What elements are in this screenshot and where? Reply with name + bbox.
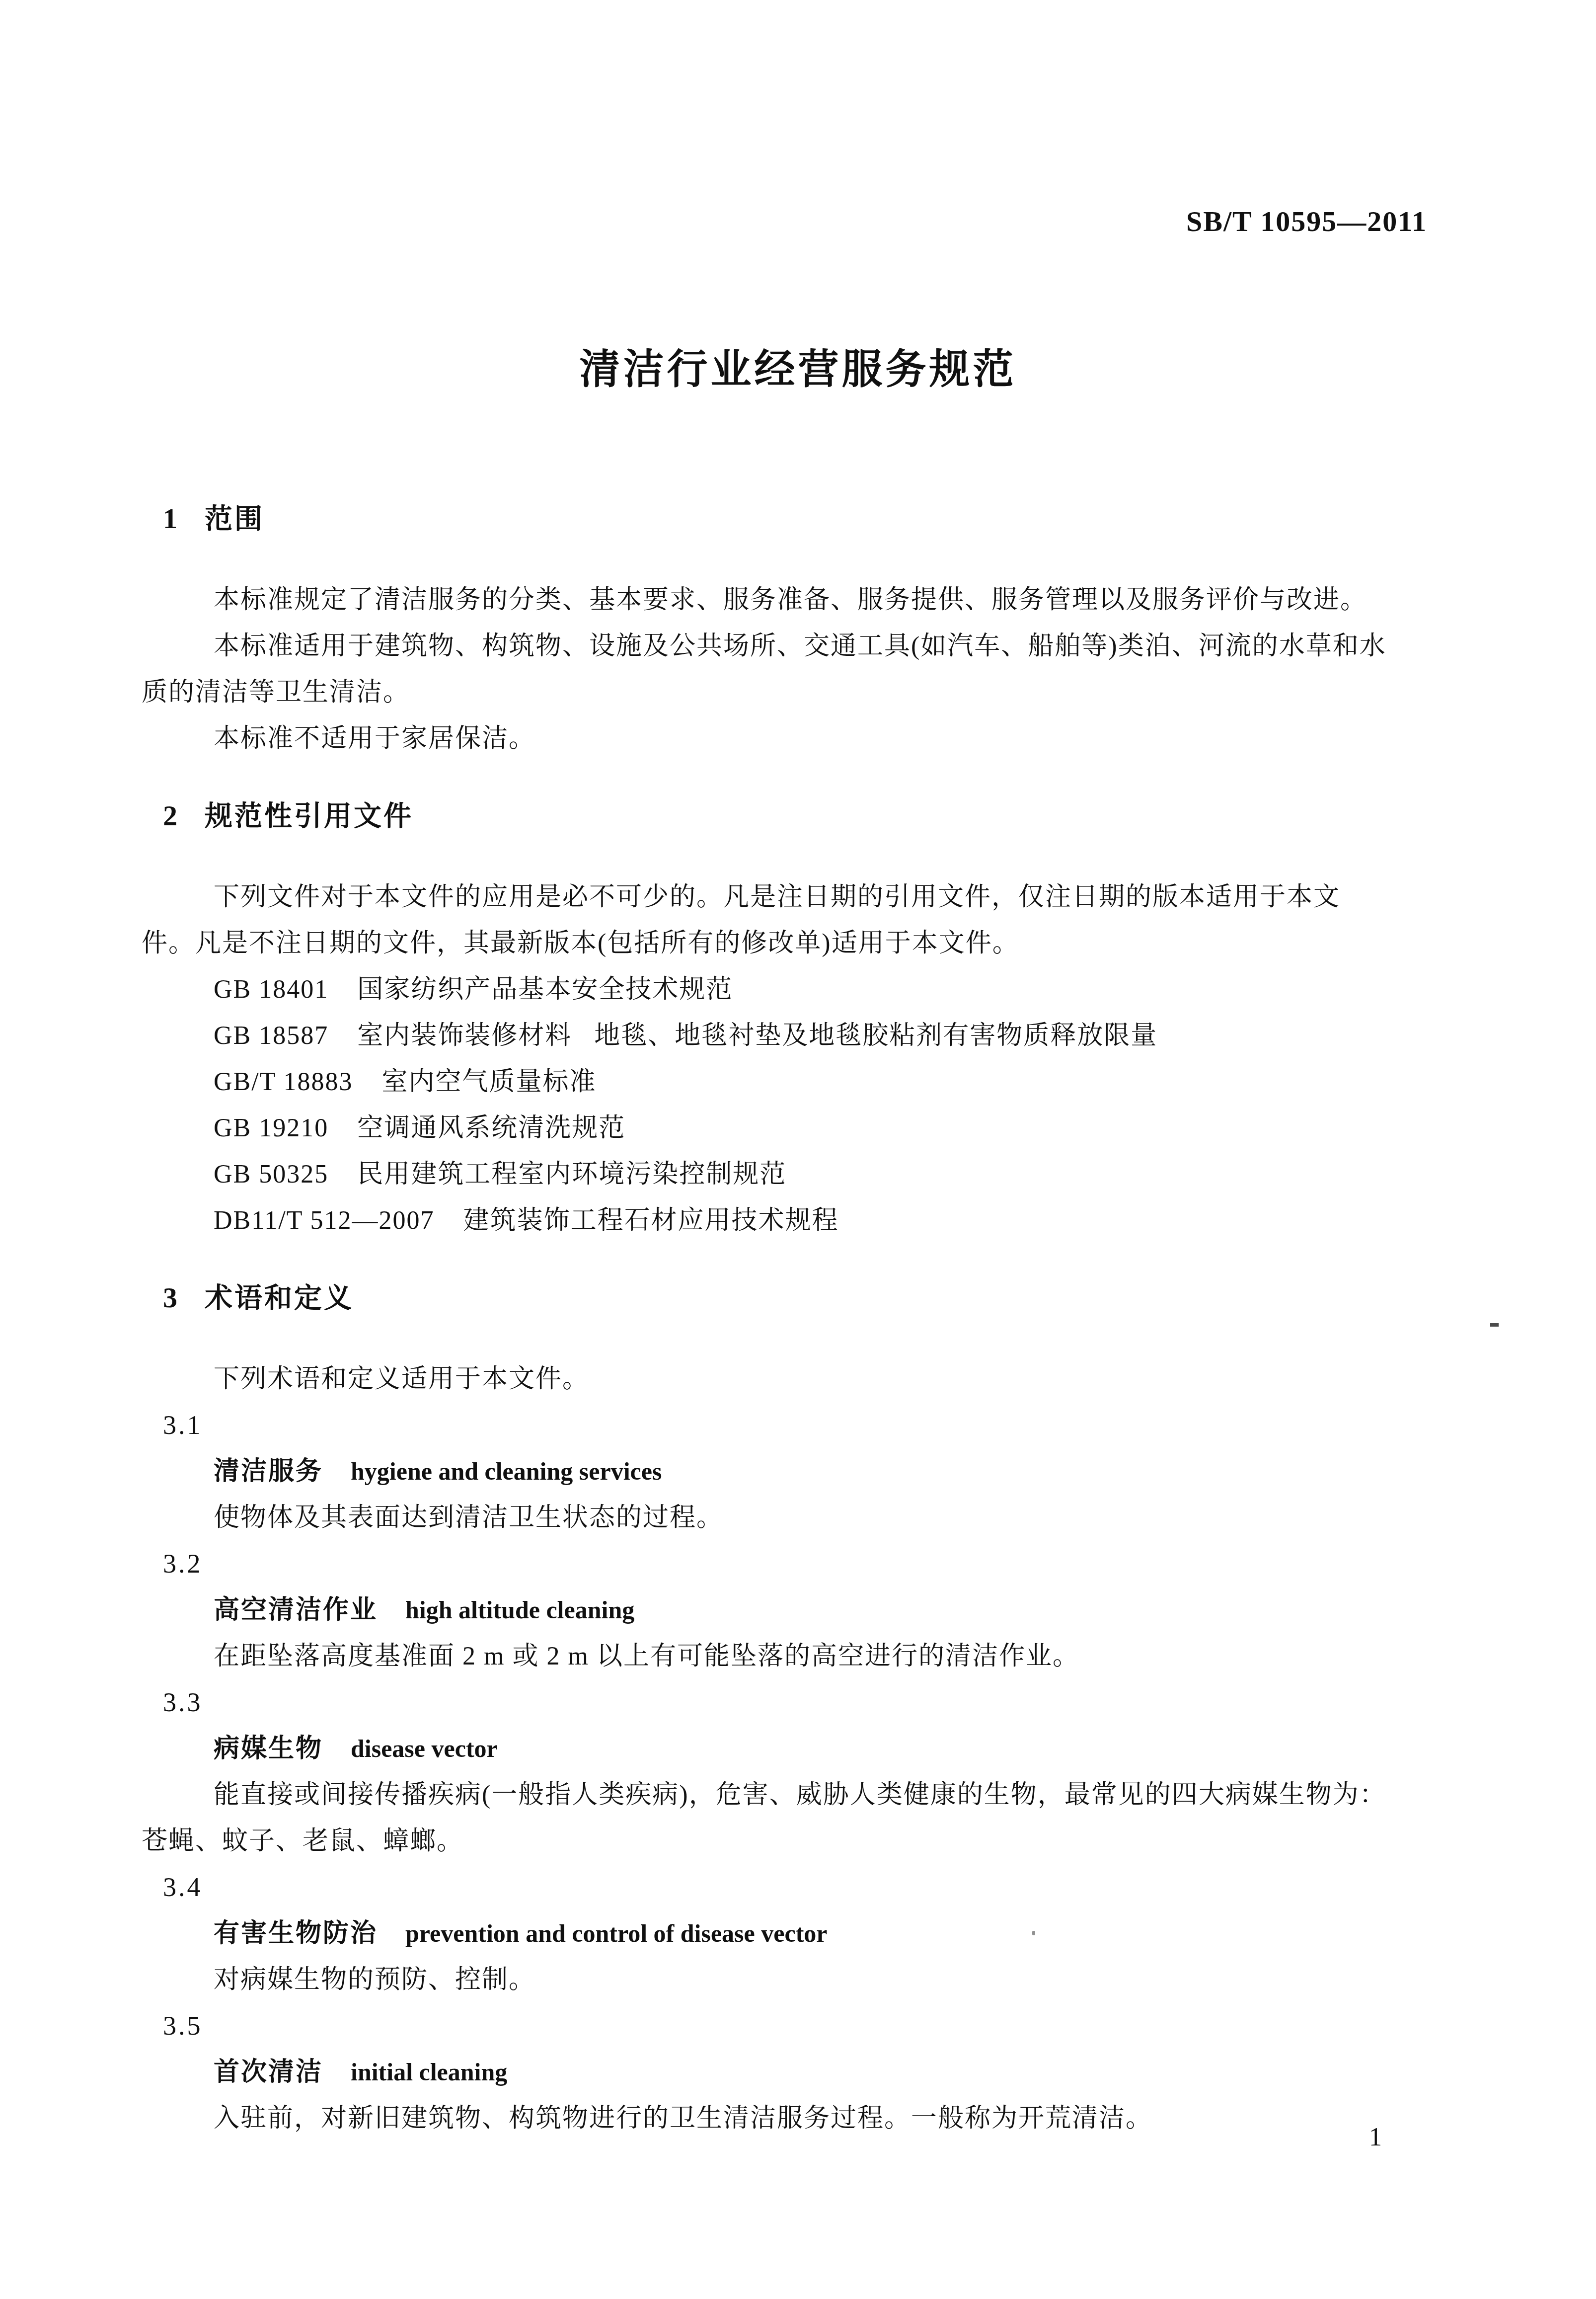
body-line: 下列文件对于本文件的应用是必不可少的。凡是注日期的引用文件，仅注日期的版本适用于… xyxy=(214,874,1596,920)
term-english: disease vector xyxy=(351,1735,498,1762)
reference-line: GB 50325民用建筑工程室内环境污染控制规范 xyxy=(214,1151,1596,1197)
term-chinese: 首次清洁 xyxy=(214,2058,323,2086)
body-line: 质的清洁等卫生清洁。 xyxy=(142,669,1596,715)
reference-line: GB 19210空调通风系统清洗规范 xyxy=(214,1105,1596,1151)
reference-code: GB 19210 xyxy=(214,1114,328,1142)
reference-title: 空调通风系统清洗规范 xyxy=(357,1114,625,1142)
body-line: 能直接或间接传播疾病(一般指人类疾病)，危害、威胁人类健康的生物，最常见的四大病… xyxy=(214,1772,1596,1818)
body-line: 本标准不适用于家居保洁。 xyxy=(214,715,1596,762)
term-line: 高空清洁作业high altitude cleaning xyxy=(214,1587,1596,1633)
reference-title: 建筑装饰工程石材应用技术规程 xyxy=(463,1206,839,1235)
section-number: 2 xyxy=(163,796,205,835)
reference-title: 室内空气质量标准 xyxy=(382,1068,597,1096)
section-title: 术语和定义 xyxy=(205,1282,354,1313)
term-number: 3.2 xyxy=(163,1541,1596,1587)
scan-artifact-speck xyxy=(1032,1931,1035,1935)
body-line: 本标准适用于建筑物、构筑物、设施及公共场所、交通工具(如汽车、船舶等)类泊、河流… xyxy=(214,623,1596,669)
body-line: 入驻前，对新旧建筑物、构筑物进行的卫生清洁服务过程。一般称为开荒清洁。 xyxy=(214,2095,1596,2141)
scan-artifact-dash xyxy=(1490,1323,1499,1327)
body-line: 在距坠落高度基准面 2 m 或 2 m 以上有可能坠落的高空进行的清洁作业。 xyxy=(214,1633,1596,1679)
section-heading: 2规范性引用文件 xyxy=(163,796,1596,835)
reference-code: GB 18401 xyxy=(214,975,328,1004)
term-chinese: 清洁服务 xyxy=(214,1457,323,1486)
term-chinese: 有害生物防治 xyxy=(214,1919,378,1948)
reference-code: GB/T 18883 xyxy=(214,1068,353,1096)
section-title: 范围 xyxy=(205,503,264,534)
term-chinese: 高空清洁作业 xyxy=(214,1595,378,1624)
page-number: 1 xyxy=(1369,2123,1382,2152)
term-english: high altitude cleaning xyxy=(405,1596,634,1624)
document-page: SB/T 10595—2011 清洁行业经营服务规范 1范围本标准规定了清洁服务… xyxy=(0,0,1596,2299)
body-line: 本标准规定了清洁服务的分类、基本要求、服务准备、服务提供、服务管理以及服务评价与… xyxy=(214,577,1596,623)
reference-line: GB 18587室内装饰装修材料 地毯、地毯衬垫及地毯胶粘剂有害物质释放限量 xyxy=(214,1013,1596,1059)
term-number: 3.3 xyxy=(163,1679,1596,1726)
body-line: 件。凡是不注日期的文件，其最新版本(包括所有的修改单)适用于本文件。 xyxy=(142,920,1596,966)
body-line: 下列术语和定义适用于本文件。 xyxy=(214,1356,1596,1402)
section-number: 3 xyxy=(163,1278,205,1317)
term-number: 3.4 xyxy=(163,1864,1596,1910)
section-heading: 3术语和定义 xyxy=(163,1278,1596,1317)
section-title: 规范性引用文件 xyxy=(205,800,413,831)
term-line: 清洁服务hygiene and cleaning services xyxy=(214,1448,1596,1495)
document-body: 1范围本标准规定了清洁服务的分类、基本要求、服务准备、服务提供、服务管理以及服务… xyxy=(0,0,1596,2141)
section-number: 1 xyxy=(163,499,205,538)
reference-line: DB11/T 512—2007建筑装饰工程石材应用技术规程 xyxy=(214,1197,1596,1244)
term-english: initial cleaning xyxy=(351,2058,507,2086)
reference-title: 室内装饰装修材料 地毯、地毯衬垫及地毯胶粘剂有害物质释放限量 xyxy=(357,1022,1157,1050)
term-english: prevention and control of disease vector xyxy=(405,1919,827,1947)
body-line: 使物体及其表面达到清洁卫生状态的过程。 xyxy=(214,1495,1596,1541)
reference-line: GB 18401国家纺织产品基本安全技术规范 xyxy=(214,966,1596,1013)
reference-title: 民用建筑工程室内环境污染控制规范 xyxy=(357,1160,786,1189)
section-heading: 1范围 xyxy=(163,499,1596,538)
term-chinese: 病媒生物 xyxy=(214,1734,323,1763)
reference-title: 国家纺织产品基本安全技术规范 xyxy=(357,975,733,1004)
term-number: 3.1 xyxy=(163,1402,1596,1448)
term-line: 首次清洁initial cleaning xyxy=(214,2049,1596,2095)
reference-code: DB11/T 512—2007 xyxy=(214,1206,435,1235)
term-number: 3.5 xyxy=(163,2003,1596,2049)
term-line: 有害生物防治prevention and control of disease … xyxy=(214,1910,1596,1957)
body-line: 苍蝇、蚊子、老鼠、蟑螂。 xyxy=(142,1818,1596,1864)
reference-code: GB 18587 xyxy=(214,1022,328,1050)
reference-code: GB 50325 xyxy=(214,1160,328,1189)
reference-line: GB/T 18883室内空气质量标准 xyxy=(214,1059,1596,1105)
term-english: hygiene and cleaning services xyxy=(351,1457,662,1485)
body-line: 对病媒生物的预防、控制。 xyxy=(214,1957,1596,2003)
term-line: 病媒生物disease vector xyxy=(214,1726,1596,1772)
